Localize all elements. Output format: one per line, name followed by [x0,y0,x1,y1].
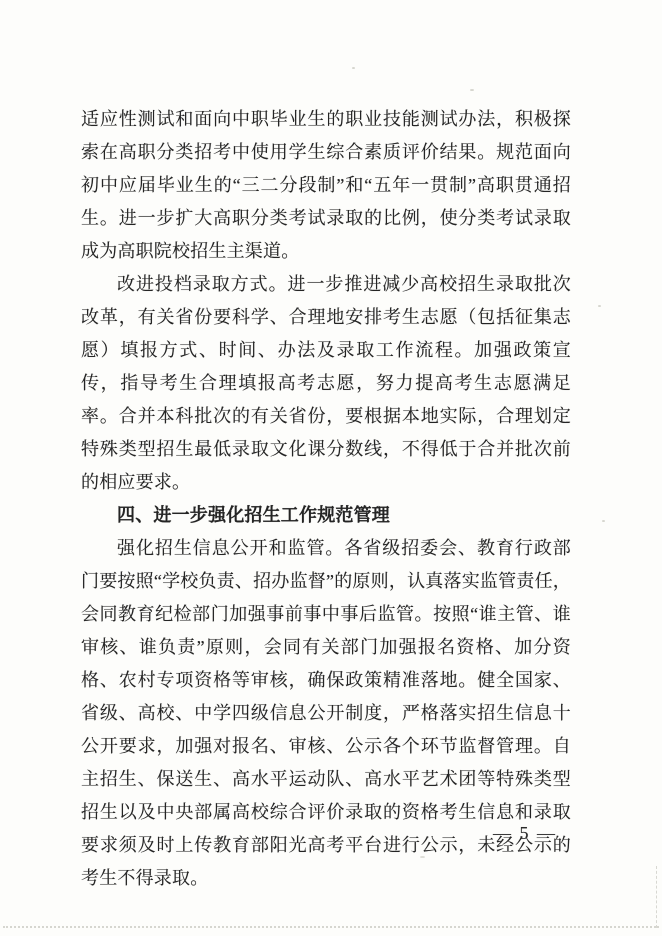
scan-speck [352,67,355,69]
scan-artifact-bottom-edge [3,926,659,928]
section-heading: 四、进一步强化招生工作规范管理 [81,499,571,532]
page-number: — 5 — [0,820,557,846]
scan-artifact-right-edge [656,866,657,928]
scan-speck [602,520,605,522]
scan-speck [598,305,601,307]
scan-speck [420,856,425,858]
paragraph-improve-admission: 改进投档录取方式。进一步推进减少高校招生录取批次改革，有关省份要科学、合理地安排… [81,268,571,499]
paragraph-continuation: 适应性测试和面向中职毕业生的职业技能测试办法，积极探索在高职分类招考中使用学生综… [81,103,571,268]
scan-speck [470,89,474,91]
document-body: 适应性测试和面向中职毕业生的职业技能测试办法，积极探索在高职分类招考中使用学生综… [81,103,571,895]
scanned-document-page: 适应性测试和面向中职毕业生的职业技能测试办法，积极探索在高职分类招考中使用学生综… [0,0,662,936]
